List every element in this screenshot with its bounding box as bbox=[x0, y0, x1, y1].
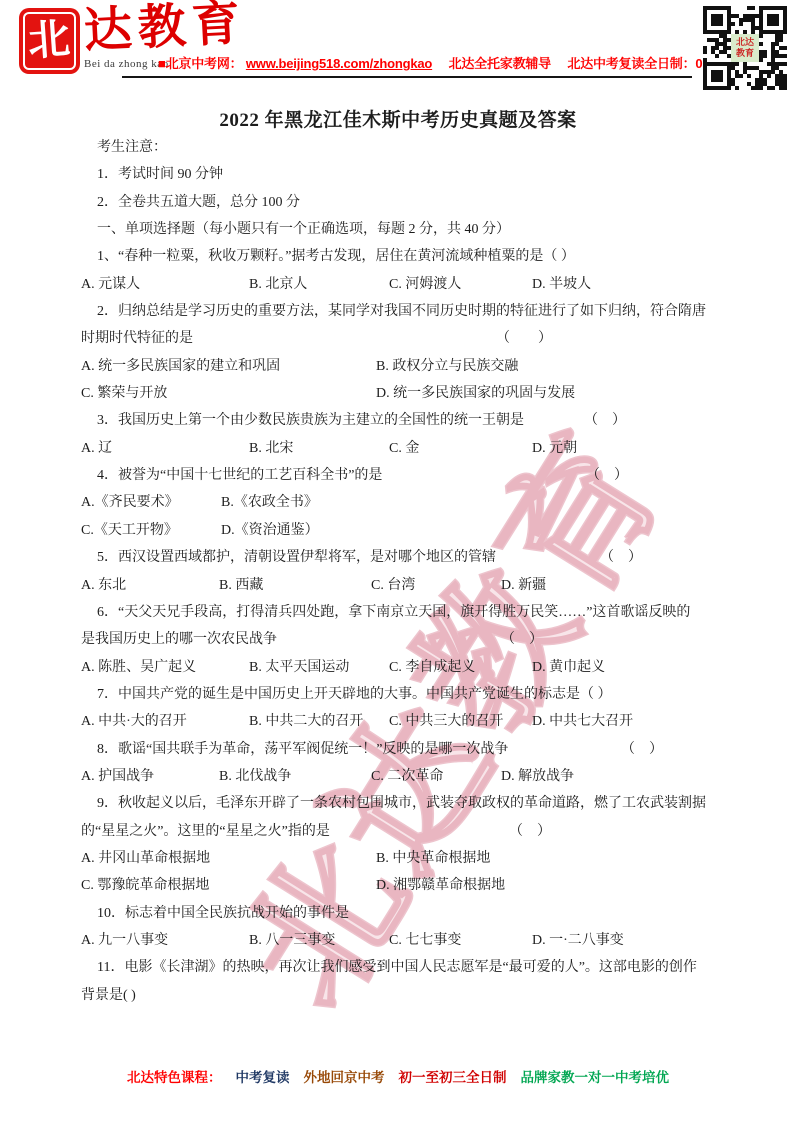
options-row: A. 统一多民族国家的建立和巩固B. 政权分立与民族交融 bbox=[81, 353, 721, 380]
line-text: 考生注意： bbox=[97, 140, 167, 155]
options-row: A. 陈胜、吴广起义B. 太平天国运动C. 李自成起义D. 黄巾起义 bbox=[81, 654, 721, 681]
option: A. 九一八事变 bbox=[81, 927, 249, 954]
options-row: A. 九一八事变B. 八一三事变C. 七七事变D. 一·二八事变 bbox=[81, 927, 721, 954]
footer-course-2: 外地回京中考 bbox=[304, 1070, 385, 1085]
option: A.《齐民要术》 bbox=[81, 489, 221, 516]
option: A. 东北 bbox=[81, 572, 219, 599]
question-line: 3．我国历史上第一个由少数民族贵族为主建立的全国性的统一王朝是（ ） bbox=[81, 407, 721, 434]
option: D. 中共七大召开 bbox=[532, 708, 721, 735]
seal-character: 北 bbox=[27, 19, 72, 64]
text-line: 1．考试时间 90 分钟 bbox=[81, 161, 721, 188]
text-line: 6．“天父天兄手段高，打得清兵四处跑，拿下南京立天国，旗开得胜万民笑……”这首歌… bbox=[81, 599, 721, 626]
line-text: 背景是( ) bbox=[81, 988, 136, 1003]
option: B. 八一三事变 bbox=[249, 927, 389, 954]
line-text: 10．标志着中国全民族抗战开始的事件是 bbox=[97, 906, 349, 921]
answer-paren: （ ） bbox=[621, 736, 663, 763]
text-line: 2．归纳总结是学习历史的重要方法，某同学对我国不同历史时期的特征进行了如下归纳，… bbox=[81, 298, 721, 325]
option: A. 元谋人 bbox=[81, 271, 249, 298]
answer-paren: （ ） bbox=[509, 818, 551, 845]
site-label: ■北京中考网： bbox=[158, 56, 242, 71]
options-row: A. 护国战争B. 北伐战争C. 二次革命D. 解放战争 bbox=[81, 763, 721, 790]
question-line: 是我国历史上的哪一次农民战争（ ） bbox=[81, 626, 721, 653]
line-text: 11．电影《长津湖》的热映，再次让我们感受到中国人民志愿军是“最可爱的人”。这部… bbox=[97, 960, 697, 975]
question-line: 5．西汉设置西域都护，清朝设置伊犁将军，是对哪个地区的管辖（ ） bbox=[81, 544, 721, 571]
line-text: 6．“天父天兄手段高，打得清兵四处跑，拿下南京立天国，旗开得胜万民笑……”这首歌… bbox=[97, 605, 690, 620]
brand-calligraphy: 达教育 bbox=[83, 0, 248, 59]
option: A. 统一多民族国家的建立和巩固 bbox=[81, 353, 376, 380]
options-row: C. 繁荣与开放D. 统一多民族国家的巩固与发展 bbox=[81, 380, 721, 407]
line-text: 一、单项选择题（每小题只有一个正确选项，每题 2 分，共 40 分） bbox=[97, 222, 510, 237]
options-row: C. 鄂豫皖革命根据地D. 湘鄂赣革命根据地 bbox=[81, 872, 721, 899]
footer-course-4: 品牌家教一对一中考培优 bbox=[521, 1070, 670, 1085]
line-text: 7．中国共产党的诞生是中国历史上开天辟地的大事。中国共产党诞生的标志是（ ） bbox=[97, 687, 612, 702]
option: B. 北宋 bbox=[249, 435, 389, 462]
option: C. 河姆渡人 bbox=[389, 271, 532, 298]
option: C. 二次革命 bbox=[371, 763, 501, 790]
options-row: A. 中共·大的召开B. 中共二大的召开C. 中共三大的召开D. 中共七大召开 bbox=[81, 708, 721, 735]
option: D. 元朝 bbox=[532, 435, 721, 462]
options-row: A.《齐民要术》B.《农政全书》 bbox=[81, 489, 721, 516]
line-text: 3．我国历史上第一个由少数民族贵族为主建立的全国性的统一王朝是 bbox=[97, 413, 524, 428]
option: B. 政权分立与民族交融 bbox=[376, 353, 721, 380]
line-text: 1．考试时间 90 分钟 bbox=[97, 167, 223, 182]
option: A. 护国战争 bbox=[81, 763, 219, 790]
footer-label: 北达特色课程： bbox=[127, 1070, 222, 1085]
footer-course-3: 初一至初三全日制 bbox=[399, 1070, 507, 1085]
line-text: 4．被誉为“中国十七世纪的工艺百科全书”的是 bbox=[97, 468, 382, 483]
qr-center-label: 北达 教育 bbox=[731, 34, 759, 62]
question-line: 4．被誉为“中国十七世纪的工艺百科全书”的是（ ） bbox=[81, 462, 721, 489]
option: C. 台湾 bbox=[371, 572, 501, 599]
header-nav: ■北京中考网： www.beijing518.com/zhongkao 北达全托… bbox=[158, 53, 777, 72]
footer-course-1: 中考复读 bbox=[236, 1070, 290, 1085]
text-line: 11．电影《长津湖》的热映，再次让我们感受到中国人民志愿军是“最可爱的人”。这部… bbox=[81, 954, 721, 981]
line-text: 5．西汉设置西域都护，清朝设置伊犁将军，是对哪个地区的管辖 bbox=[97, 550, 496, 565]
option: C. 鄂豫皖革命根据地 bbox=[81, 872, 376, 899]
options-row: A. 元谋人B. 北京人C. 河姆渡人D. 半坡人 bbox=[81, 271, 721, 298]
option: D. 半坡人 bbox=[532, 271, 721, 298]
question-line: 的“星星之火”。这里的“星星之火”指的是（ ） bbox=[81, 818, 721, 845]
line-text: 时期时代特征的是 bbox=[81, 331, 193, 346]
option: D.《资治通鉴） bbox=[221, 517, 721, 544]
beida-seal-logo: 北 bbox=[23, 12, 76, 70]
option: C. 金 bbox=[389, 435, 532, 462]
header: 北 达教育 Bei da zhong kao ■北京中考网： www.beiji… bbox=[0, 0, 796, 95]
answer-paren: （ ） bbox=[584, 407, 626, 434]
text-line: 考生注意： bbox=[81, 134, 721, 161]
answer-paren: （ ） bbox=[496, 325, 552, 352]
question-line: 时期时代特征的是（ ） bbox=[81, 325, 721, 352]
options-row: A. 井冈山革命根据地B. 中央革命根据地 bbox=[81, 845, 721, 872]
line-text: 2．归纳总结是学习历史的重要方法，某同学对我国不同历史时期的特征进行了如下归纳，… bbox=[97, 304, 706, 319]
option: D. 黄巾起义 bbox=[532, 654, 721, 681]
nav-tagline-1: 北达全托家教辅导 bbox=[449, 56, 551, 71]
line-text: 1、“春种一粒粟，秋收万颗籽。”据考古发现，居住在黄河流域种植粟的是（ ） bbox=[97, 249, 575, 264]
text-line: 9．秋收起义以后，毛泽东开辟了一条农村包围城市，武装夺取政权的革命道路，燃了工农… bbox=[81, 790, 721, 817]
text-line: 1、“春种一粒粟，秋收万颗籽。”据考古发现，居住在黄河流域种植粟的是（ ） bbox=[81, 243, 721, 270]
option: B.《农政全书》 bbox=[221, 489, 721, 516]
options-row: C.《天工开物》D.《资治通鉴） bbox=[81, 517, 721, 544]
text-line: 7．中国共产党的诞生是中国历史上开天辟地的大事。中国共产党诞生的标志是（ ） bbox=[81, 681, 721, 708]
answer-paren: （ ） bbox=[586, 462, 628, 489]
option: C. 李自成起义 bbox=[389, 654, 532, 681]
answer-paren: （ ） bbox=[600, 544, 642, 571]
option: D. 新疆 bbox=[501, 572, 721, 599]
options-row: A. 东北B. 西藏C. 台湾D. 新疆 bbox=[81, 572, 721, 599]
line-text: 8．歌谣“国共联手为革命，荡平军阀促统一！”反映的是哪一次战争 bbox=[97, 742, 508, 757]
answer-paren: （ ） bbox=[501, 626, 543, 653]
option: A. 井冈山革命根据地 bbox=[81, 845, 376, 872]
option: C. 繁荣与开放 bbox=[81, 380, 376, 407]
option: B. 北伐战争 bbox=[219, 763, 371, 790]
options-row: A. 辽B. 北宋C. 金D. 元朝 bbox=[81, 435, 721, 462]
line-text: 是我国历史上的哪一次农民战争 bbox=[81, 632, 277, 647]
header-divider bbox=[122, 76, 692, 78]
brand-pinyin: Bei da zhong kao bbox=[84, 58, 169, 70]
option: B. 中共二大的召开 bbox=[249, 708, 389, 735]
exam-body: 考生注意：1．考试时间 90 分钟2．全卷共五道大题，总分 100 分一、单项选… bbox=[81, 134, 721, 1009]
line-text: 9．秋收起义以后，毛泽东开辟了一条农村包围城市，武装夺取政权的革命道路，燃了工农… bbox=[97, 796, 706, 811]
option: C. 七七事变 bbox=[389, 927, 532, 954]
option: B. 中央革命根据地 bbox=[376, 845, 721, 872]
text-line: 2．全卷共五道大题，总分 100 分 bbox=[81, 189, 721, 216]
option: B. 西藏 bbox=[219, 572, 371, 599]
exam-page: 北 达教育 Bei da zhong kao ■北京中考网： www.beiji… bbox=[0, 0, 796, 1125]
option: D. 解放战争 bbox=[501, 763, 721, 790]
footer: 北达特色课程：中考复读外地回京中考初一至初三全日制品牌家教一对一中考培优 bbox=[0, 1066, 796, 1086]
option: A. 辽 bbox=[81, 435, 249, 462]
question-line: 8．歌谣“国共联手为革命，荡平军阀促统一！”反映的是哪一次战争（ ） bbox=[81, 736, 721, 763]
option: D. 一·二八事变 bbox=[532, 927, 721, 954]
option: B. 北京人 bbox=[249, 271, 389, 298]
option: D. 湘鄂赣革命根据地 bbox=[376, 872, 721, 899]
option: C. 中共三大的召开 bbox=[389, 708, 532, 735]
text-line: 一、单项选择题（每小题只有一个正确选项，每题 2 分，共 40 分） bbox=[81, 216, 721, 243]
text-line: 10．标志着中国全民族抗战开始的事件是 bbox=[81, 900, 721, 927]
option: A. 中共·大的召开 bbox=[81, 708, 249, 735]
text-line: 背景是( ) bbox=[81, 982, 721, 1009]
line-text: 的“星星之火”。这里的“星星之火”指的是 bbox=[81, 824, 330, 839]
site-link[interactable]: www.beijing518.com/zhongkao bbox=[246, 56, 432, 71]
option: A. 陈胜、吴广起义 bbox=[81, 654, 249, 681]
line-text: 2．全卷共五道大题，总分 100 分 bbox=[97, 195, 300, 210]
option: B. 太平天国运动 bbox=[249, 654, 389, 681]
qr-code: 北达 教育 bbox=[703, 6, 787, 90]
option: D. 统一多民族国家的巩固与发展 bbox=[376, 380, 721, 407]
page-title: 2022 年黑龙江佳木斯中考历史真题及答案 bbox=[0, 105, 796, 132]
option: C.《天工开物》 bbox=[81, 517, 221, 544]
